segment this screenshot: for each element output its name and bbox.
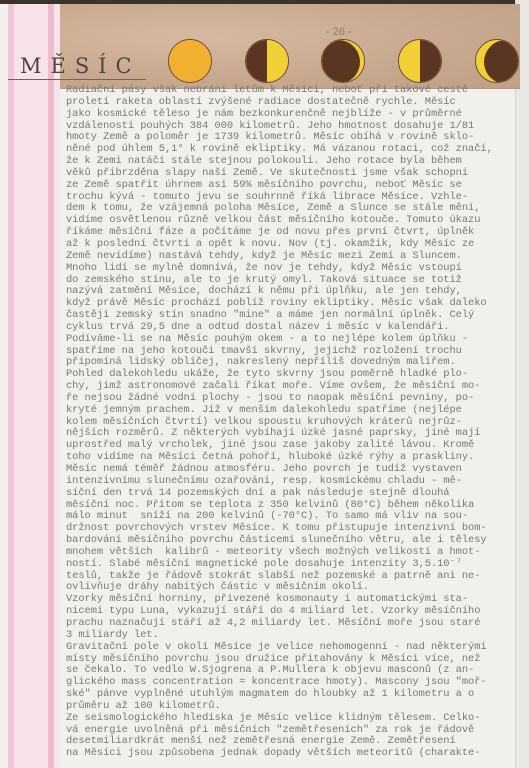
paragraph: Gravitační pole v okolí Měsíce je velice… (66, 642, 518, 713)
typewritten-body-text: Radiační pásy však nebrání letům k Měsíc… (66, 85, 518, 760)
paragraph: Ze seismologického hlediska je Měsíc vel… (66, 713, 518, 760)
text-line: Gravitační pole v okolí Měsíce je velice… (66, 642, 518, 654)
pink-margin-stripe (8, 4, 60, 768)
text-line: ností. Slabé měsíční magnetické pole dos… (66, 559, 518, 571)
paragraph: Radiační pásy však nebrání letům k Měsíc… (66, 85, 518, 334)
text-line: Ze seismologického hlediska je Měsíc vel… (66, 713, 518, 725)
text-line: jako kosmické těleso je nám bezkonkurenč… (66, 109, 518, 121)
text-line: Mnoho lidí se mylně domnívá, že nov je t… (66, 263, 518, 275)
text-line: kryté jemným prachem. Již v menším dalek… (66, 405, 518, 417)
text-line: ře nejsou žádné vodní plochy - jsou to n… (66, 393, 518, 405)
full-moon-icon (168, 39, 212, 83)
text-line: Země nevidíme) nastává tehdy, když je Mě… (66, 251, 518, 263)
text-line: cyklus trvá 29,5 dne a odtud dostal náze… (66, 322, 518, 334)
text-line: ze Země spatřit úhrnem asi 59% měsíčního… (66, 180, 518, 192)
waning-crescent-moon-icon (475, 39, 519, 83)
first-quarter-moon-icon (245, 39, 289, 83)
paragraph: Měsíc nemá téměř žádnou atmosféru. Jeho … (66, 464, 518, 594)
title-underline (8, 79, 146, 80)
text-line: věků přibrzděna slapy naší Země. Ve skut… (66, 168, 518, 180)
text-line: průměru až 100 kilometrů. (66, 701, 518, 713)
text-line: proletí raketa oblastí zvýšené radiace d… (66, 97, 518, 109)
page-number: - 26 - (326, 26, 352, 38)
text-line: na Měsíci jsou způsobena jednak dopady v… (66, 748, 518, 760)
text-line: síční den trvá 14 pozemských dní a pak n… (66, 488, 518, 500)
paragraph: Podíváme-li se na Měsíc pouhým okem - a … (66, 334, 518, 464)
text-line: mnohem větších kalibrů - meteority všech… (66, 547, 518, 559)
paragraph: Vzorky měsíční horniny, přivezené kosmon… (66, 594, 518, 641)
text-line: 3 miliardy let. (66, 630, 518, 642)
document-page: - 26 - MĚSÍC Radiační pásy však nebrání … (0, 0, 529, 768)
text-line: Podíváme-li se na Měsíc pouhým okem - a … (66, 334, 518, 346)
waxing-crescent-moon-icon (321, 39, 365, 83)
last-quarter-moon-icon (398, 39, 442, 83)
text-line: intenzivnímu slunečnímu ozařování, resp.… (66, 476, 518, 488)
page-title: MĚSÍC (20, 54, 141, 78)
